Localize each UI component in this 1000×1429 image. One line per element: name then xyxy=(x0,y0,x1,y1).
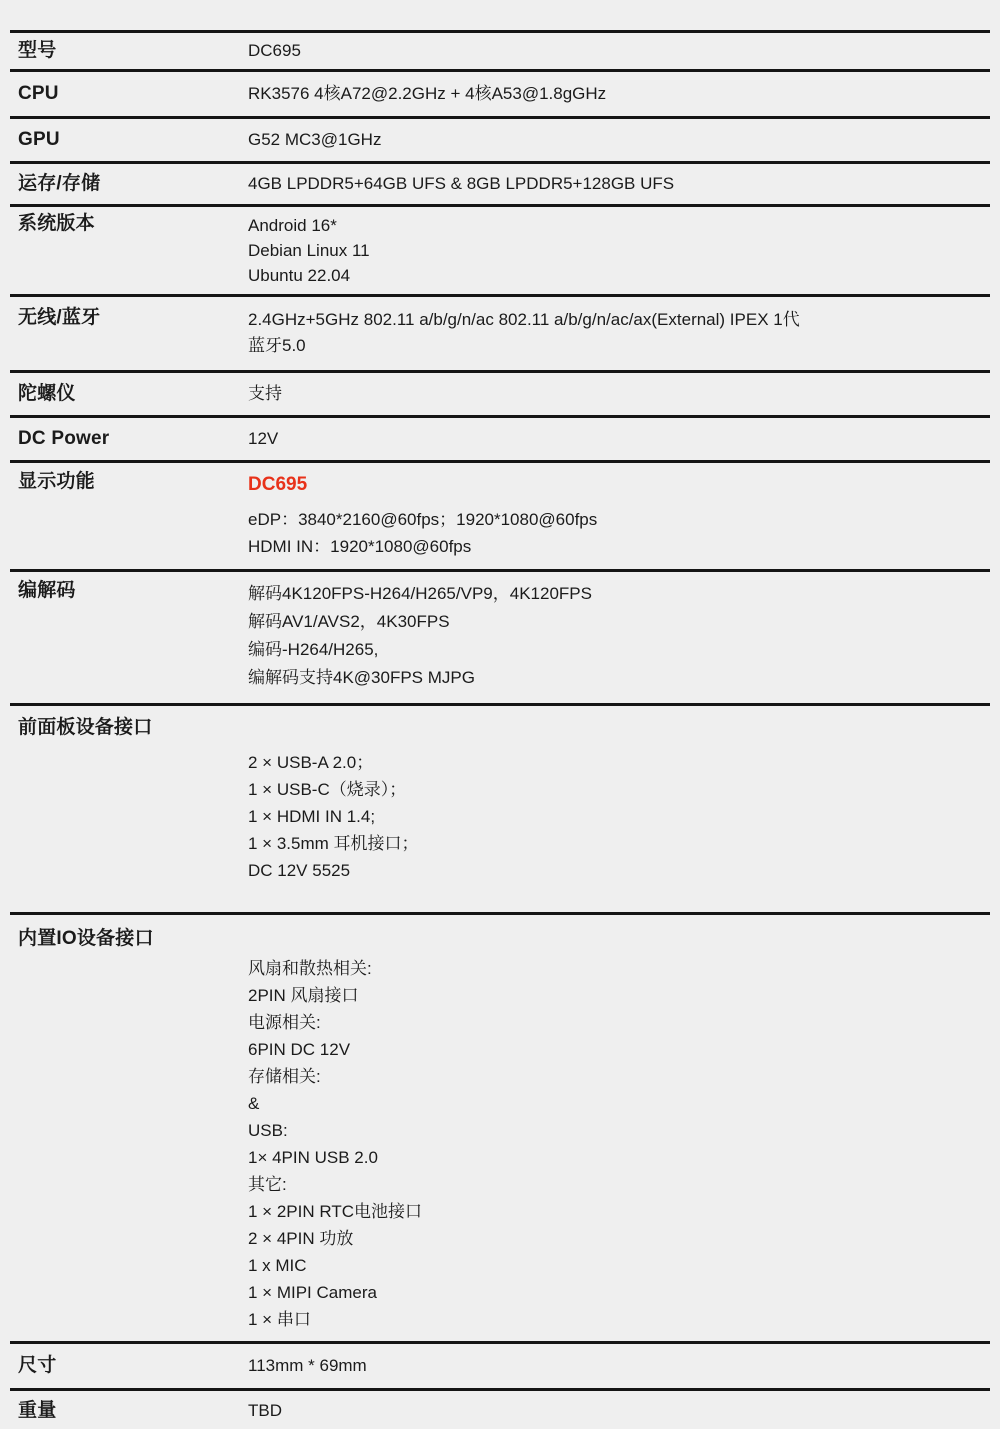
spec-value-display: DC695eDP：3840*2160@60fps；1920*1080@60fps… xyxy=(248,471,990,560)
spec-row-display: 显示功能DC695eDP：3840*2160@60fps；1920*1080@6… xyxy=(10,463,990,572)
spec-line: G52 MC3@1GHz xyxy=(248,129,990,151)
spec-row-front-panel: 前面板设备接口2 × USB-A 2.0；1 × USB-C（烧录）；1 × H… xyxy=(10,706,990,915)
spec-line: 113mm * 69mm xyxy=(248,1355,990,1377)
spec-label-os: 系统版本 xyxy=(10,213,248,288)
spec-line: 12V xyxy=(248,428,990,450)
spec-label-display: 显示功能 xyxy=(10,471,248,560)
spec-label-codec: 编解码 xyxy=(10,580,248,692)
spec-line: 1 × 2PIN RTC电池接口 xyxy=(248,1198,990,1225)
spec-value-model: DC695 xyxy=(248,40,990,62)
spec-row-memory: 运存/存储4GB LPDDR5+64GB UFS & 8GB LPDDR5+12… xyxy=(10,164,990,207)
spec-line: eDP：3840*2160@60fps；1920*1080@60fps xyxy=(248,506,990,533)
spec-line: 1 × MIPI Camera xyxy=(248,1279,990,1306)
spec-line: 电源相关: xyxy=(248,1009,990,1036)
spec-label-dcpower: DC Power xyxy=(10,428,248,450)
spec-label-gyro: 陀螺仪 xyxy=(10,383,248,405)
spec-label-front-panel: 前面板设备接口 xyxy=(10,716,990,740)
spec-line: Debian Linux 11 xyxy=(248,238,990,263)
spec-value-codec: 解码4K120FPS-H264/H265/VP9，4K120FPS解码AV1/A… xyxy=(248,580,990,692)
spec-label-model: 型号 xyxy=(10,40,248,62)
spec-label-size: 尺寸 xyxy=(10,1355,248,1377)
spec-row-model: 型号DC695 xyxy=(10,33,990,72)
spec-line: RK3576 4核A72@2.2GHz + 4核A53@1.8gGHz xyxy=(248,83,990,105)
spec-line: 支持 xyxy=(248,383,990,405)
spec-line: Ubuntu 22.04 xyxy=(248,263,990,288)
spec-value-memory: 4GB LPDDR5+64GB UFS & 8GB LPDDR5+128GB U… xyxy=(248,173,990,195)
spec-line: 2 × USB-A 2.0； xyxy=(248,749,990,776)
spec-line: 2 × 4PIN 功放 xyxy=(248,1225,990,1252)
spec-line: & xyxy=(248,1090,990,1117)
spec-line: USB: xyxy=(248,1117,990,1144)
spec-line: 解码4K120FPS-H264/H265/VP9，4K120FPS xyxy=(248,580,990,608)
spec-row-cpu: CPURK3576 4核A72@2.2GHz + 4核A53@1.8gGHz xyxy=(10,72,990,119)
spec-row-codec: 编解码解码4K120FPS-H264/H265/VP9，4K120FPS解码AV… xyxy=(10,572,990,706)
spec-label-gpu: GPU xyxy=(10,129,248,151)
spec-value-weight: TBD xyxy=(248,1400,990,1422)
spec-value-dcpower: 12V xyxy=(248,428,990,450)
spec-row-weight: 重量TBD xyxy=(10,1391,990,1429)
spec-line: 2.4GHz+5GHz 802.11 a/b/g/n/ac 802.11 a/b… xyxy=(248,307,990,333)
spec-label-cpu: CPU xyxy=(10,83,248,105)
spec-line: 1× 4PIN USB 2.0 xyxy=(248,1144,990,1171)
spec-value-gpu: G52 MC3@1GHz xyxy=(248,129,990,151)
spec-line: 蓝牙5.0 xyxy=(248,333,990,359)
spec-line: 1 × USB-C（烧录）； xyxy=(248,776,990,803)
spec-row-gyro: 陀螺仪支持 xyxy=(10,373,990,418)
spec-line: 1 × 3.5mm 耳机接口； xyxy=(248,830,990,857)
spec-table: 型号DC695CPURK3576 4核A72@2.2GHz + 4核A53@1.… xyxy=(10,30,990,1429)
spec-line: 2PIN 风扇接口 xyxy=(248,982,990,1009)
spec-line: 1 × 串口 xyxy=(248,1306,990,1333)
spec-value-front-panel: 2 × USB-A 2.0；1 × USB-C（烧录）；1 × HDMI IN … xyxy=(248,749,990,884)
spec-line: 解码AV1/AVS2，4K30FPS xyxy=(248,608,990,636)
spec-line: 1 × HDMI IN 1.4; xyxy=(248,803,990,830)
spec-line: Android 16* xyxy=(248,213,990,238)
spec-line: 风扇和散热相关: xyxy=(248,955,990,982)
spec-line: TBD xyxy=(248,1400,990,1422)
spec-row-os: 系统版本Android 16*Debian Linux 11Ubuntu 22.… xyxy=(10,207,990,297)
spec-label-weight: 重量 xyxy=(10,1400,248,1422)
spec-label-internal-io: 内置IO设备接口 xyxy=(10,927,990,951)
spec-line: 编码-H264/H265, xyxy=(248,636,990,664)
spec-value-size: 113mm * 69mm xyxy=(248,1355,990,1377)
spec-value-os: Android 16*Debian Linux 11Ubuntu 22.04 xyxy=(248,213,990,288)
spec-row-wireless: 无线/蓝牙2.4GHz+5GHz 802.11 a/b/g/n/ac 802.1… xyxy=(10,297,990,373)
spec-line: 存储相关: xyxy=(248,1063,990,1090)
spec-row-internal-io: 内置IO设备接口风扇和散热相关:2PIN 风扇接口电源相关:6PIN DC 12… xyxy=(10,915,990,1344)
spec-line: 4GB LPDDR5+64GB UFS & 8GB LPDDR5+128GB U… xyxy=(248,173,990,195)
spec-row-size: 尺寸113mm * 69mm xyxy=(10,1344,990,1391)
spec-value-wireless: 2.4GHz+5GHz 802.11 a/b/g/n/ac 802.11 a/b… xyxy=(248,307,990,359)
spec-row-dcpower: DC Power12V xyxy=(10,418,990,463)
spec-line: 6PIN DC 12V xyxy=(248,1036,990,1063)
spec-line: 1 x MIC xyxy=(248,1252,990,1279)
spec-value-internal-io: 风扇和散热相关:2PIN 风扇接口电源相关:6PIN DC 12V存储相关:&U… xyxy=(248,955,990,1333)
spec-highlight-display: DC695 xyxy=(248,471,990,498)
spec-row-gpu: GPUG52 MC3@1GHz xyxy=(10,119,990,164)
spec-line: 其它: xyxy=(248,1171,990,1198)
spec-value-cpu: RK3576 4核A72@2.2GHz + 4核A53@1.8gGHz xyxy=(248,83,990,105)
spec-label-memory: 运存/存储 xyxy=(10,173,248,195)
spec-line: DC 12V 5525 xyxy=(248,857,990,884)
spec-label-wireless: 无线/蓝牙 xyxy=(10,307,248,359)
spec-value-gyro: 支持 xyxy=(248,383,990,405)
spec-line: 编解码支持4K@30FPS MJPG xyxy=(248,664,990,692)
spec-line: DC695 xyxy=(248,40,990,62)
spec-line: HDMI IN：1920*1080@60fps xyxy=(248,533,990,560)
